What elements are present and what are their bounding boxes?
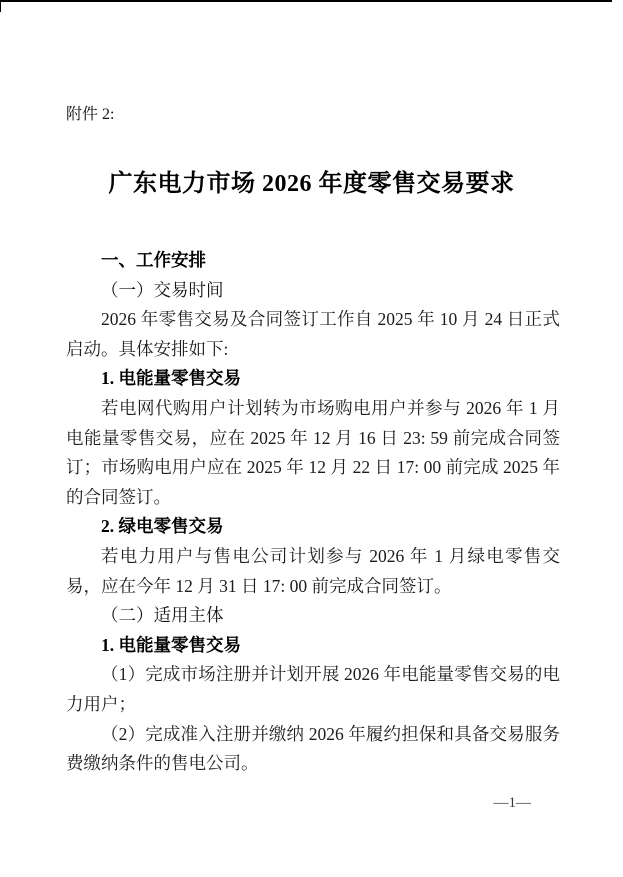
document-page: 附件 2: 广东电力市场 2026 年度零售交易要求 一、工作安排 （一）交易时… <box>0 0 623 877</box>
body-paragraph: 若电力用户与售电公司计划参与 2026 年 1 月绿电零售交易，应在今年 12 … <box>66 542 560 601</box>
attachment-label: 附件 2: <box>66 104 114 126</box>
numbered-heading: 1. 电能量零售交易 <box>66 364 560 394</box>
numbered-heading: 1. 电能量零售交易 <box>66 631 560 661</box>
document-title: 广东电力市场 2026 年度零售交易要求 <box>0 168 623 200</box>
page-number: —1— <box>494 793 532 813</box>
body-paragraph: 若电网代购用户计划转为市场购电用户并参与 2026 年 1 月电能量零售交易，应… <box>66 394 560 512</box>
document-body: 一、工作安排 （一）交易时间 2026 年零售交易及合同签订工作自 2025 年… <box>66 246 560 779</box>
section-heading: 一、工作安排 <box>66 246 560 276</box>
body-paragraph: （2）完成准入注册并缴纳 2026 年履约担保和具备交易服务费缴纳条件的售电公司… <box>66 720 560 779</box>
subsection-heading: （一）交易时间 <box>66 276 560 306</box>
body-paragraph: 2026 年零售交易及合同签订工作自 2025 年 10 月 24 日正式启动。… <box>66 305 560 364</box>
body-paragraph: （1）完成市场注册并计划开展 2026 年电能量零售交易的电力用户； <box>66 660 560 719</box>
numbered-heading: 2. 绿电零售交易 <box>66 512 560 542</box>
subsection-heading: （二）适用主体 <box>66 601 560 631</box>
scan-artifact-top-line <box>0 0 612 2</box>
scan-artifact-left-tick <box>0 0 1 12</box>
